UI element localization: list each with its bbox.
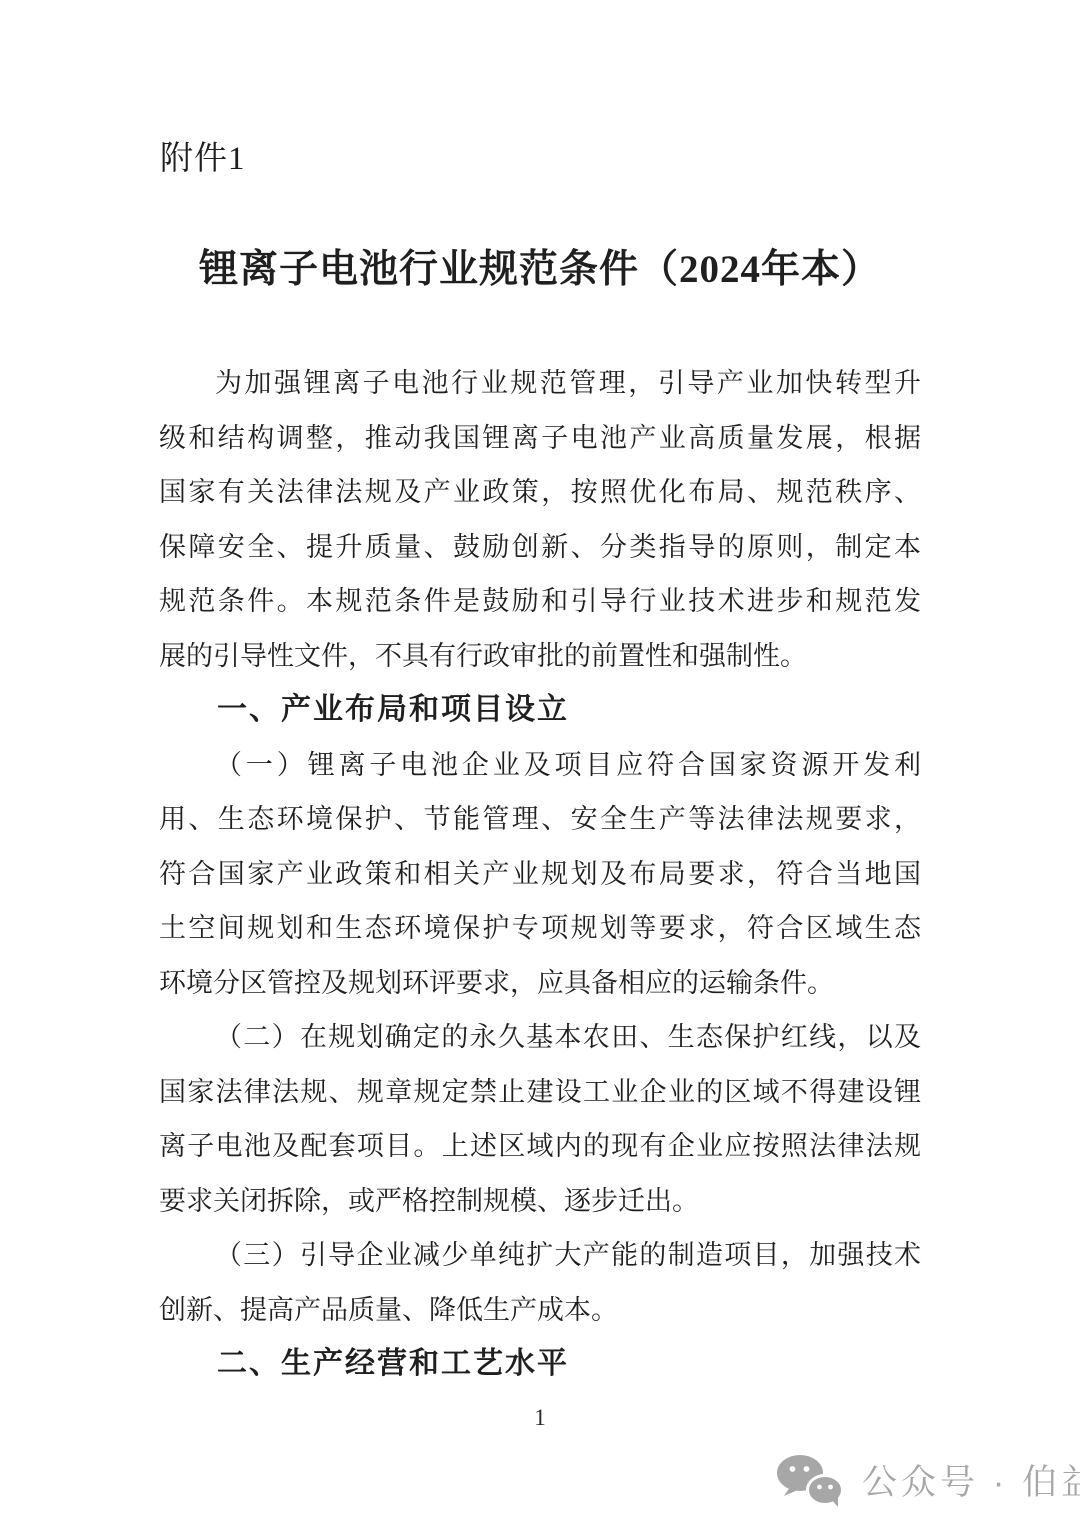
body-line: 国家法律法规、规章规定禁止建设工业企业的区域不得建设锂 xyxy=(159,1065,921,1120)
body-line: （一）锂离子电池企业及项目应符合国家资源开发利 xyxy=(159,738,921,793)
body-line: 离子电池及配套项目。上述区域内的现有企业应按照法律法规 xyxy=(159,1119,921,1174)
body-line: 国家有关法律法规及产业政策，按照优化布局、规范秩序、 xyxy=(159,465,921,520)
document-body: 为加强锂离子电池行业规范管理，引导产业加快转型升级和结构调整，推动我国锂离子电池… xyxy=(159,356,921,1392)
body-line: （二）在规划确定的永久基本农田、生态保护红线，以及 xyxy=(159,1010,921,1065)
body-line: 保障安全、提升质量、鼓励创新、分类指导的原则，制定本 xyxy=(159,520,921,575)
section-heading: 一、产业布局和项目设立 xyxy=(159,683,921,738)
body-line: 规范条件。本规范条件是鼓励和引导行业技术进步和规范发 xyxy=(159,574,921,629)
document-page: 附件1 锂离子电池行业规范条件（2024年本） 为加强锂离子电池行业规范管理，引… xyxy=(0,0,1080,1527)
body-line: 用、生态环境保护、节能管理、安全生产等法律法规要求， xyxy=(159,792,921,847)
body-line: 创新、提高产品质量、降低生产成本。 xyxy=(159,1283,921,1338)
body-line: 土空间规划和生态环境保护专项规划等要求，符合区域生态 xyxy=(159,901,921,956)
body-line: （三）引导企业减少单纯扩大产能的制造项目，加强技术 xyxy=(159,1228,921,1283)
watermark-badge: 公众号 · 伯益说 xyxy=(772,1452,1080,1508)
page-number: 1 xyxy=(0,1405,1080,1431)
body-line: 环境分区管控及规划环评要求，应具备相应的运输条件。 xyxy=(159,956,921,1011)
section-heading: 二、生产经营和工艺水平 xyxy=(159,1337,921,1392)
body-line: 级和结构调整，推动我国锂离子电池产业高质量发展，根据 xyxy=(159,411,921,466)
body-line: 展的引导性文件，不具有行政审批的前置性和强制性。 xyxy=(159,629,921,684)
body-line: 要求关闭拆除，或严格控制规模、逐步迁出。 xyxy=(159,1174,921,1229)
body-line: 符合国家产业政策和相关产业规划及布局要求，符合当地国 xyxy=(159,847,921,902)
attachment-label: 附件1 xyxy=(160,136,246,182)
wechat-icon xyxy=(772,1452,848,1508)
watermark-text: 公众号 · 伯益说 xyxy=(862,1455,1080,1505)
document-title: 锂离子电池行业规范条件（2024年本） xyxy=(0,238,1080,294)
body-line: 为加强锂离子电池行业规范管理，引导产业加快转型升 xyxy=(159,356,921,411)
